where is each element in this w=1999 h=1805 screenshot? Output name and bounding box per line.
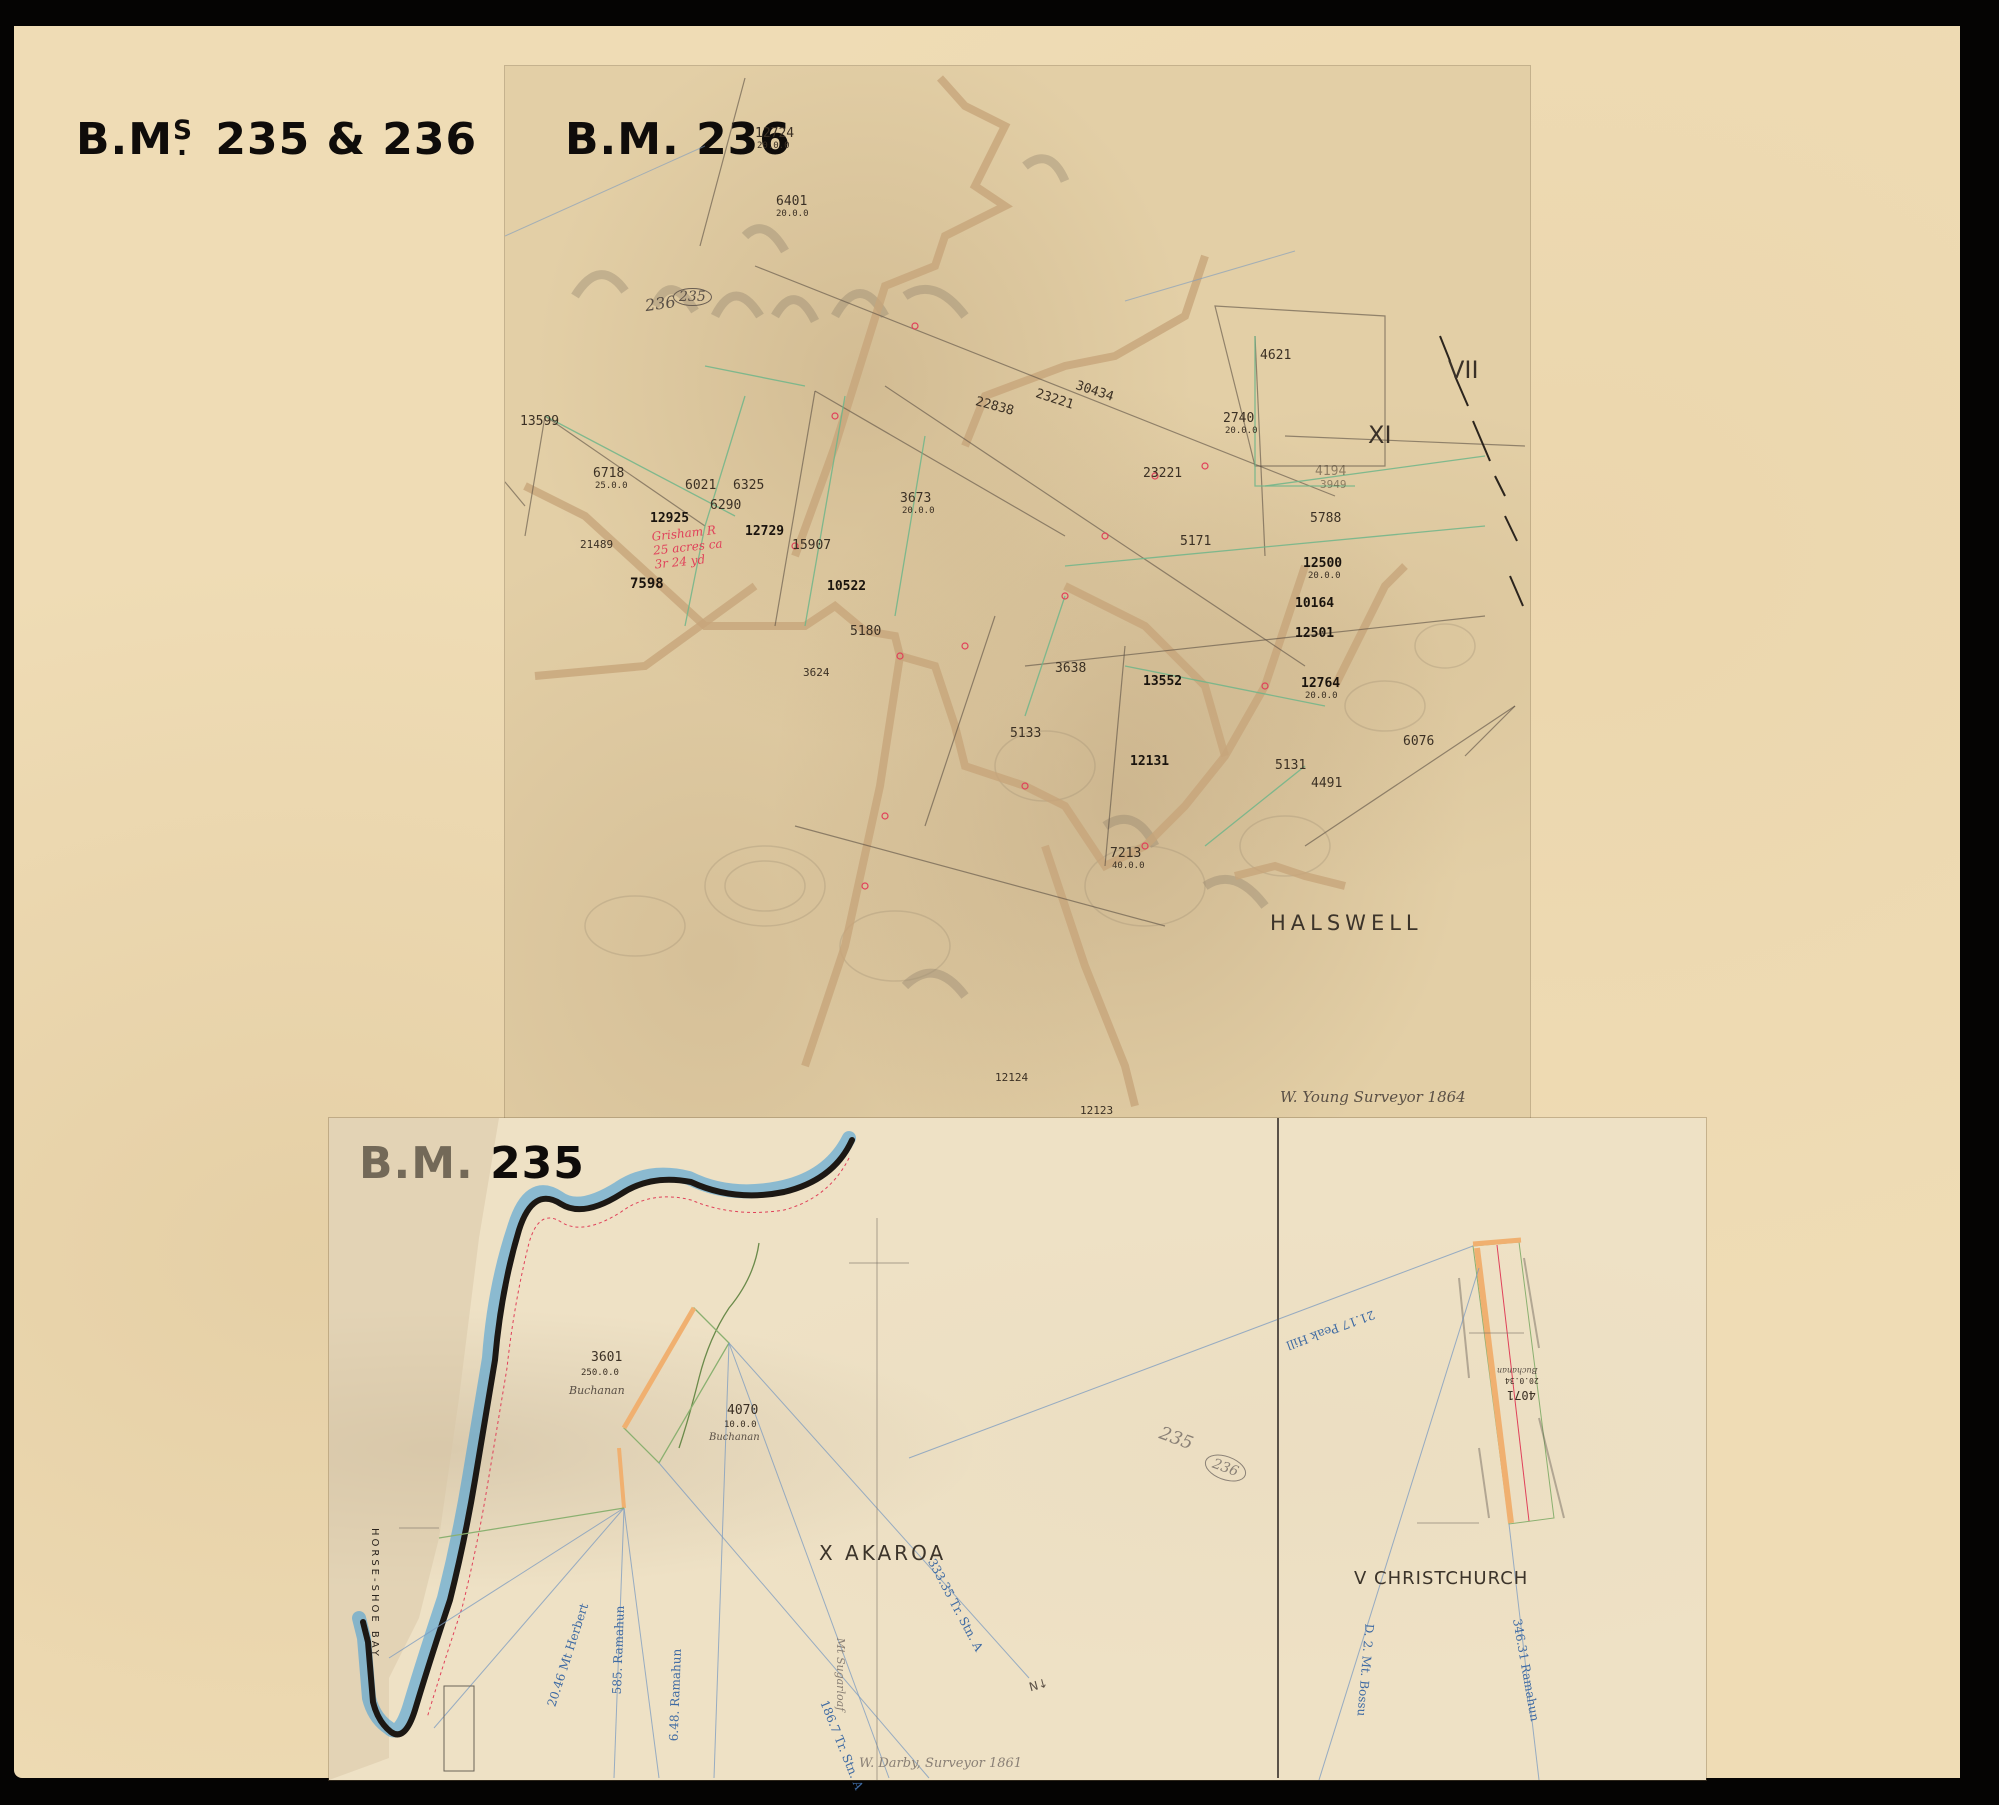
lot-4071-area: 20.0.34 — [1505, 1376, 1539, 1385]
lot-6325: 6325 — [733, 478, 764, 493]
lot-4194: 4194 — [1315, 464, 1346, 479]
lot-12724: 12724 — [755, 126, 794, 141]
area-2740: 20.0.0 — [1225, 426, 1258, 436]
sheet-ref-235-circled: 235 — [673, 288, 712, 306]
hill-hachures — [575, 159, 1265, 996]
lot-12925: 12925 — [650, 511, 689, 526]
lot-3601: 3601 — [591, 1350, 622, 1365]
lot-12131: 12131 — [1130, 754, 1169, 769]
district-vii: VII — [1448, 356, 1479, 384]
lot-4070-area: 10.0.0 — [724, 1420, 757, 1430]
lot-4071-owner: Buchanan — [1497, 1366, 1538, 1375]
lot-13599: 13599 — [520, 414, 559, 429]
lot-5788: 5788 — [1310, 511, 1341, 526]
area-6718: 25.0.0 — [595, 481, 628, 491]
lot-7598: 7598 — [630, 576, 664, 592]
surveyor-signature-236: W. Young Surveyor 1864 — [1280, 1088, 1466, 1106]
lot-21489: 21489 — [580, 538, 613, 551]
lot-4070-owner: Buchanan — [709, 1432, 760, 1443]
surveyor-signature-235: W. Darby, Surveyor 1861 — [859, 1756, 1022, 1771]
survey-pegs — [792, 323, 1268, 889]
green-boundaries — [545, 336, 1485, 846]
survey-traverse — [427, 1158, 849, 1718]
lot-6401: 6401 — [776, 194, 807, 209]
lot-10522: 10522 — [827, 579, 866, 594]
lot-3601-area: 250.0.0 — [581, 1368, 619, 1378]
title-superscript: S — [173, 115, 193, 146]
lot-12500: 12500 — [1303, 556, 1342, 571]
lot-3673: 3673 — [900, 491, 931, 506]
area-12764: 20.0.0 — [1305, 691, 1338, 701]
lot-2740: 2740 — [1223, 411, 1254, 426]
lot-10164: 10164 — [1295, 596, 1334, 611]
area-12500: 20.0.0 — [1308, 571, 1341, 581]
area-6401: 20.0.0 — [776, 209, 809, 219]
lot-3601-owner: Buchanan — [569, 1384, 625, 1397]
lot-12501: 12501 — [1295, 626, 1334, 641]
combined-title: B.MS 235 & 236 — [76, 114, 477, 165]
lot-4621: 4621 — [1260, 348, 1291, 363]
lot-12729: 12729 — [745, 524, 784, 539]
place-christchurch: V CHRISTCHURCH — [1354, 1568, 1528, 1589]
mount-board: B.MS 235 & 236 B.M. 236 — [14, 26, 1960, 1778]
area-7213: 40.0.0 — [1112, 861, 1145, 871]
place-halswell: HALSWELL — [1270, 911, 1423, 935]
place-horse-shoe-bay: HORSE-SHOE BAY — [369, 1528, 380, 1659]
bearing-mt-sugarloaf: Mt Sugarloaf — [834, 1638, 847, 1711]
area-12724: 20.0.0 — [757, 141, 790, 151]
lot-23221-b: 23221 — [1143, 466, 1182, 481]
lot-6718: 6718 — [593, 466, 624, 481]
lot-7213: 7213 — [1110, 846, 1141, 861]
sheet-divider — [1277, 1118, 1279, 1778]
lot-5180: 5180 — [850, 624, 881, 639]
lot-13552: 13552 — [1143, 674, 1182, 689]
lot-5133: 5133 — [1010, 726, 1041, 741]
lot-12124: 12124 — [995, 1071, 1028, 1084]
lot-15907: 15907 — [792, 538, 831, 553]
district-xi: XI — [1368, 421, 1392, 449]
area-3673: 20.0.0 — [902, 506, 935, 516]
title-numbers: 235 & 236 — [215, 114, 477, 165]
bm235-survey-lines — [329, 1118, 1706, 1780]
section-boundaries — [505, 78, 1525, 926]
lot-4491: 4491 — [1311, 776, 1342, 791]
lot-6021: 6021 — [685, 478, 716, 493]
map-sheet-bm235: B.M. 235 — [329, 1118, 1706, 1780]
lot-12764: 12764 — [1301, 676, 1340, 691]
lot-3949: 3949 — [1320, 478, 1347, 491]
red-annotation: Grisham R 25 acres ca 3r 24 yd — [651, 522, 725, 571]
map-sheet-bm236: B.M. 236 — [505, 66, 1530, 1118]
lot-4071: 4071 — [1507, 1388, 1536, 1402]
lot-3638: 3638 — [1055, 661, 1086, 676]
title-prefix: B.M — [76, 114, 173, 165]
bm236-survey-lines — [505, 66, 1530, 1118]
lot-5171: 5171 — [1180, 534, 1211, 549]
lot-5131: 5131 — [1275, 758, 1306, 773]
lot-12123: 12123 — [1080, 1104, 1113, 1117]
lot-4070: 4070 — [727, 1403, 758, 1418]
lot-3624: 3624 — [803, 666, 830, 679]
lot-6076: 6076 — [1403, 734, 1434, 749]
roads — [525, 78, 1405, 1106]
lot-6290: 6290 — [710, 498, 741, 513]
